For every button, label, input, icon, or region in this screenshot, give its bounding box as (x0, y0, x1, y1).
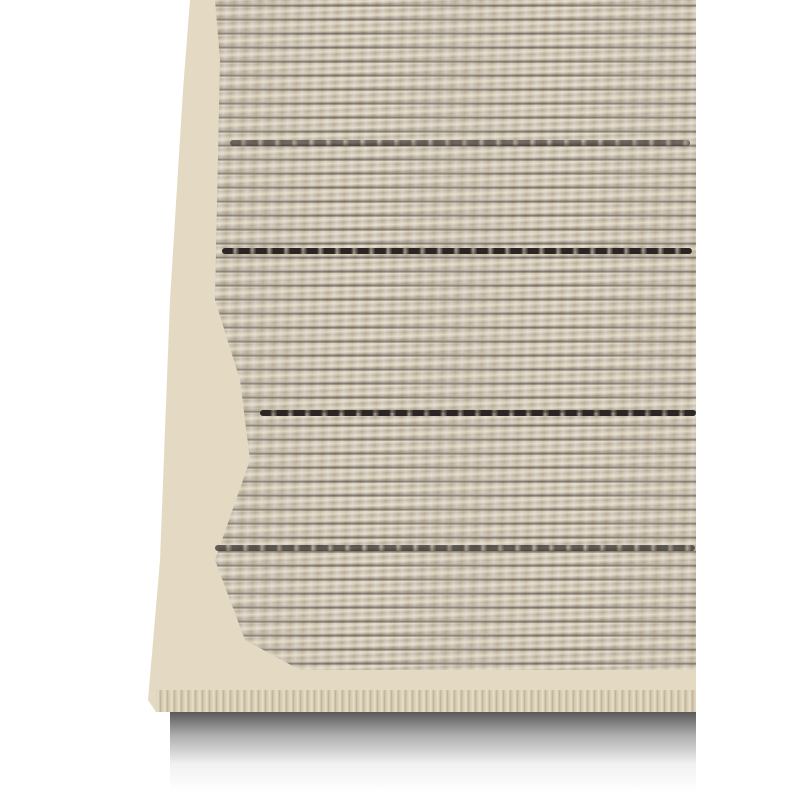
pattern-stripe (222, 248, 692, 254)
pattern-stripe (215, 545, 695, 551)
pattern-stripe (260, 410, 696, 416)
pattern-stripe (230, 140, 690, 146)
rug-shadow (170, 712, 696, 792)
product-photo (0, 0, 800, 800)
